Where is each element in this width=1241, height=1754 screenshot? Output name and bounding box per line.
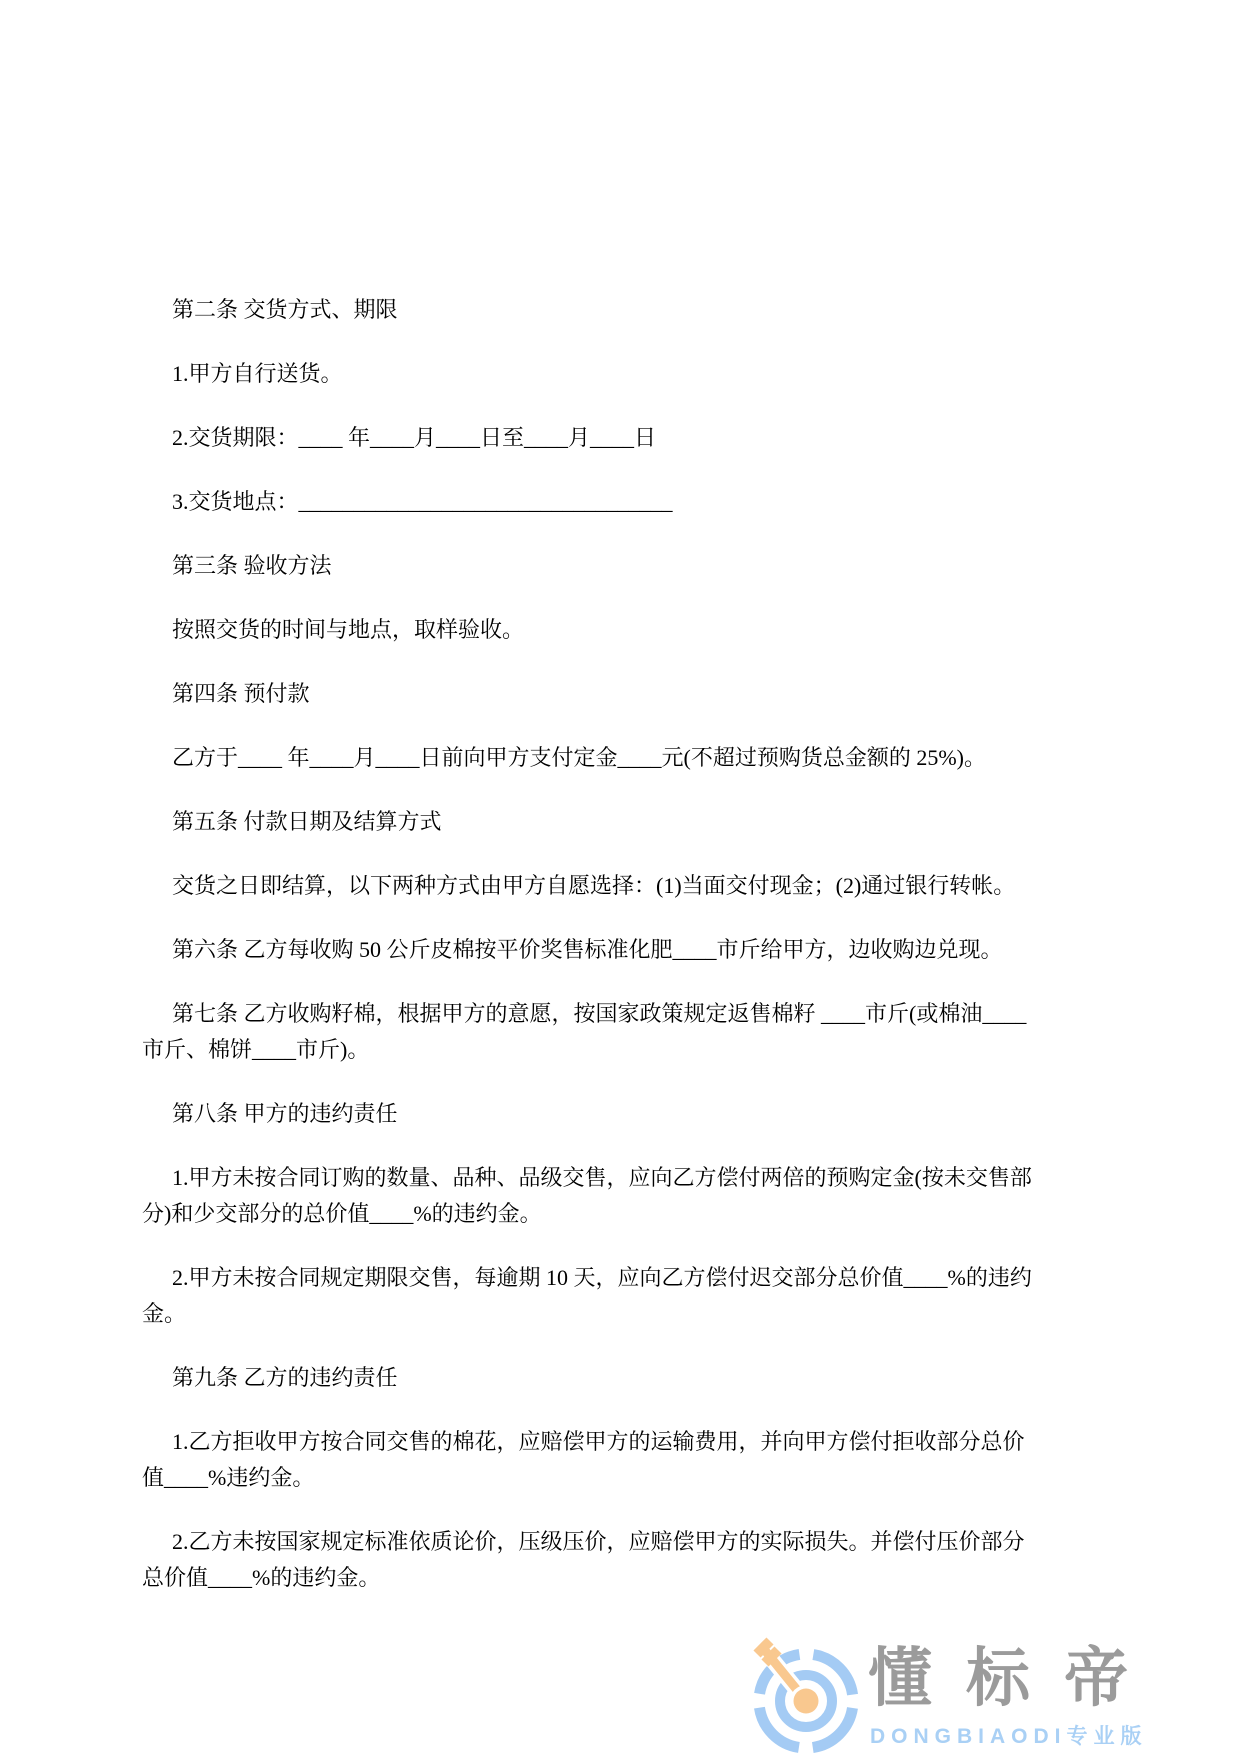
paragraph: 2.交货期限：____ 年____月____日至____月____日	[142, 420, 1039, 456]
article-heading: 第二条 交货方式、期限	[142, 292, 1039, 328]
paragraph: 2.乙方未按国家规定标准依质论价，压级压价，应赔偿甲方的实际损失。并偿付压价部分…	[142, 1524, 1039, 1596]
watermark: 懂标帝 DONGBIAODI专业版	[753, 1633, 1173, 1754]
paragraph: 按照交货的时间与地点，取样验收。	[142, 612, 1039, 648]
watermark-brand-subtitle: DONGBIAODI专业版	[870, 1726, 1148, 1747]
target-logo-icon	[753, 1633, 860, 1754]
paragraph: 第六条 乙方每收购 50 公斤皮棉按平价奖售标准化肥____市斤给甲方，边收购边…	[142, 932, 1039, 968]
paragraph: 交货之日即结算，以下两种方式由甲方自愿选择：(1)当面交付现金；(2)通过银行转…	[142, 868, 1039, 904]
article-heading: 第八条 甲方的违约责任	[142, 1096, 1039, 1132]
article-heading: 第五条 付款日期及结算方式	[142, 804, 1039, 840]
bullseye-dot	[794, 1689, 819, 1714]
paragraph: 1.甲方自行送货。	[142, 356, 1039, 392]
paragraph: 1.乙方拒收甲方按合同交售的棉花，应赔偿甲方的运输费用，并向甲方偿付拒收部分总价…	[142, 1424, 1039, 1496]
contract-body: 第二条 交货方式、期限1.甲方自行送货。2.交货期限：____ 年____月__…	[142, 292, 1039, 1624]
paragraph: 1.甲方未按合同订购的数量、品种、品级交售，应向乙方偿付两倍的预购定金(按未交售…	[142, 1160, 1039, 1232]
watermark-brand-name: 懂标帝	[868, 1646, 1162, 1710]
article-heading: 第三条 验收方法	[142, 548, 1039, 584]
paragraph: 2.甲方未按合同规定期限交售，每逾期 10 天，应向乙方偿付迟交部分总价值___…	[142, 1260, 1039, 1332]
paragraph: 乙方于____ 年____月____日前向甲方支付定金____元(不超过预购货总…	[142, 740, 1039, 776]
article-heading: 第四条 预付款	[142, 676, 1039, 712]
article-heading: 第九条 乙方的违约责任	[142, 1360, 1039, 1396]
paragraph: 3.交货地点：_________________________________…	[142, 484, 1039, 520]
paragraph: 第七条 乙方收购籽棉，根据甲方的意愿，按国家政策规定返售棉籽 ____市斤(或棉…	[142, 996, 1039, 1068]
